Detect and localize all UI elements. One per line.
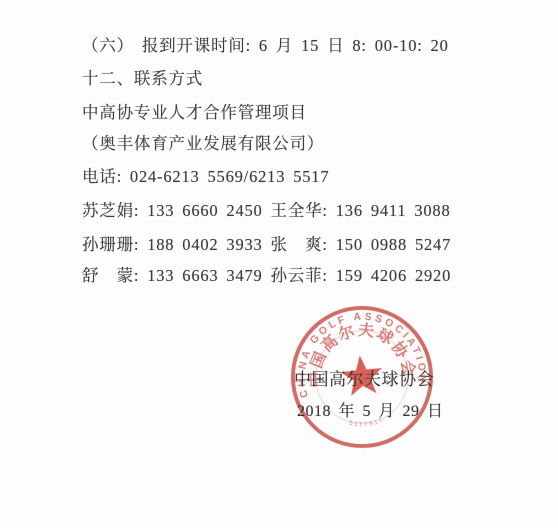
doc-line-telephone: 电话: 024-6213 5569/6213 5517 [82,163,329,187]
doc-line-contact-1: 苏芝娟: 133 6660 2450 王全华: 136 9411 3088 [82,197,451,221]
signature-date: 2018 年 5 月 29 日 [297,398,444,421]
doc-line-report-time: （六） 报到开课时间: 6 月 15 日 8: 00-10: 20 [82,32,449,56]
doc-line-project-name: 中高协专业人才合作管理项目 [82,99,307,123]
signature-organization: 中国高尔夫球协会 [294,365,434,390]
doc-line-contact-3: 舒 蒙: 133 6663 3479 孙云菲: 159 4206 2920 [82,262,451,286]
scanned-notice-page: （六） 报到开课时间: 6 月 15 日 8: 00-10: 20 十二、联系方… [0,0,558,528]
doc-line-company-name: （奥丰体育产业发展有限公司） [82,130,324,154]
doc-line-contact-heading: 十二、联系方式 [82,65,203,89]
doc-line-contact-2: 孙珊珊: 188 0402 3933 张 爽: 150 0988 5247 [82,231,451,255]
